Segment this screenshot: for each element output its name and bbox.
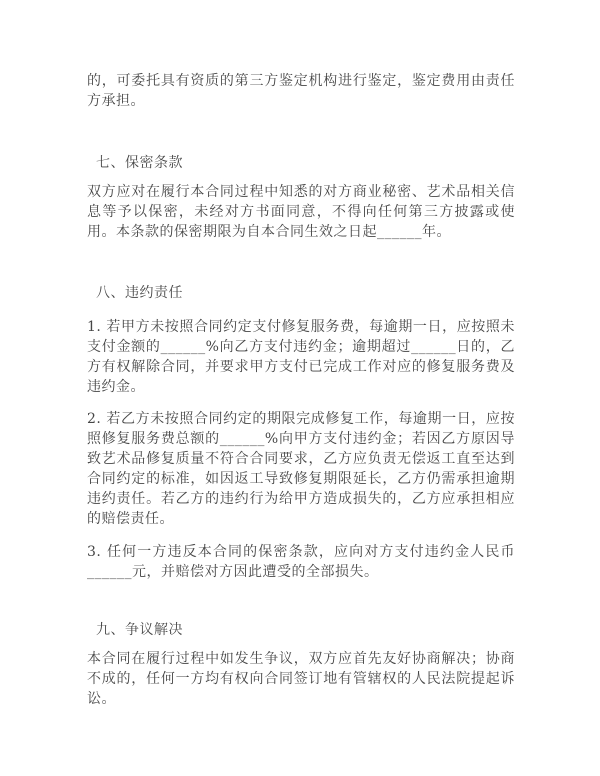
breach-liability-item-2: 2. 若乙方未按照合同约定的期限完成修复工作，每逾期一日，应按照修复服务费总额的…: [87, 409, 515, 529]
section-heading-dispute-resolution: 九、争议解决: [87, 620, 515, 640]
intro-continuation-paragraph: 的，可委托具有资质的第三方鉴定机构进行鉴定，鉴定费用由责任方承担。: [87, 71, 515, 111]
breach-liability-item-3: 3. 任何一方违反本合同的保密条款，应向对方支付违约金人民币______元，并赔…: [87, 542, 515, 582]
contract-document-page: 的，可委托具有资质的第三方鉴定机构进行鉴定，鉴定费用由责任方承担。 七、保密条款…: [0, 0, 600, 776]
confidentiality-paragraph: 双方应对在履行本合同过程中知悉的对方商业秘密、艺术品相关信息等予以保密，未经对方…: [87, 182, 515, 242]
section-heading-confidentiality: 七、保密条款: [87, 153, 515, 173]
dispute-resolution-paragraph: 本合同在履行过程中如发生争议，双方应首先友好协商解决；协商不成的，任何一方均有权…: [87, 649, 515, 709]
breach-liability-item-1: 1. 若甲方未按照合同约定支付修复服务费，每逾期一日，应按照未支付金额的____…: [87, 317, 515, 397]
section-heading-breach-liability: 八、违约责任: [87, 283, 515, 303]
